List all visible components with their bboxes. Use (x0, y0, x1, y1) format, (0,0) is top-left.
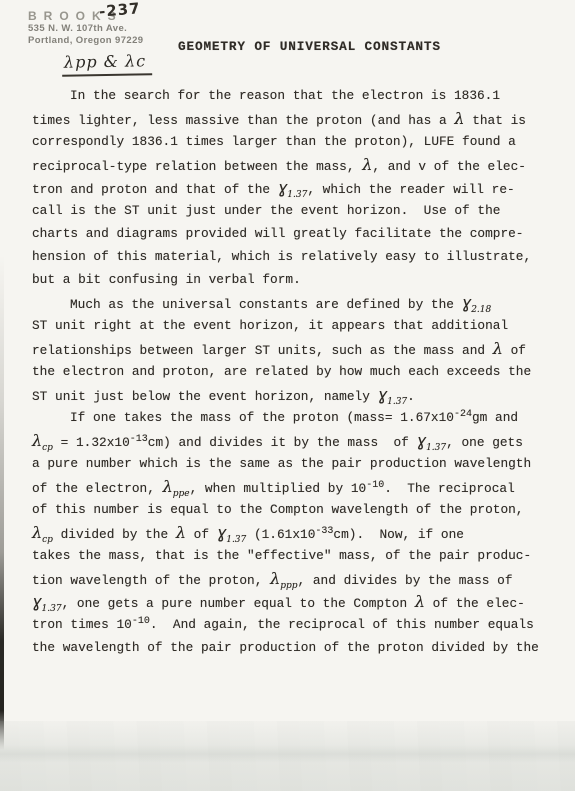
lambda-symbol: λppp (270, 569, 297, 588)
text-line: takes the mass, that is the "effective" … (32, 544, 557, 567)
gamma-symbol: ɣ1.37 (32, 592, 62, 611)
text-line: of this number is equal to the Compton w… (32, 498, 557, 521)
handwritten-page-number: -237 (98, 0, 141, 21)
gamma-subscript: 1.37 (42, 605, 62, 614)
lambda-symbol: λ (415, 592, 425, 611)
gamma-symbol: ɣ1.37 (417, 431, 447, 450)
text-line: λcp = 1.32x10-13cm) and divides it by th… (32, 429, 557, 452)
paragraph: In the search for the reason that the el… (32, 84, 557, 291)
text-line: reciprocal-type relation between the mas… (32, 153, 557, 176)
gamma-subscript: 1.37 (226, 536, 246, 545)
superscript: -13 (130, 435, 148, 445)
superscript: -10 (132, 617, 150, 627)
text-line: the wavelength of the pair production of… (32, 636, 557, 659)
lambda-subscript: cp (42, 536, 53, 545)
text-line: charts and diagrams provided will greatl… (32, 222, 557, 245)
lambda-symbol: λ (493, 339, 503, 358)
gamma-symbol: ɣ1.37 (378, 385, 408, 404)
gamma-subscript: 1.37 (387, 398, 407, 407)
gamma-symbol: ɣ1.37 (217, 523, 247, 542)
text-line: hension of this material, which is relat… (32, 245, 557, 268)
gamma-subscript: 2.18 (471, 306, 491, 315)
scan-edge-shadow-left (0, 255, 4, 750)
document-title: GEOMETRY OF UNIVERSAL CONSTANTS (178, 39, 441, 54)
gamma-symbol: ɣ1.37 (278, 178, 308, 197)
text-line: but a bit confusing in verbal form. (32, 268, 557, 291)
text-line: relationships between larger ST units, s… (32, 337, 557, 360)
superscript: -24 (454, 410, 472, 420)
superscript: -33 (315, 527, 333, 537)
gamma-subscript: 1.37 (287, 191, 307, 200)
lambda-symbol: λppe (163, 477, 190, 496)
gamma-symbol: ɣ2.18 (462, 293, 492, 312)
lambda-symbol: λcp (32, 523, 53, 542)
text-line: times lighter, less massive than the pro… (32, 107, 557, 130)
document-body: In the search for the reason that the el… (32, 84, 557, 659)
text-line: call is the ST unit just under the event… (32, 199, 557, 222)
text-line: the electron and proton, are related by … (32, 360, 557, 383)
lambda-symbol: λ (176, 523, 186, 542)
paragraph: If one takes the mass of the proton (mas… (32, 406, 557, 659)
text-line: If one takes the mass of the proton (mas… (32, 406, 557, 429)
text-line: tron and proton and that of the ɣ1.37, w… (32, 176, 557, 199)
lambda-subscript: cp (42, 444, 53, 453)
text-line: a pure number which is the same as the p… (32, 452, 557, 475)
text-line: ST unit just below the event horizon, na… (32, 383, 557, 406)
lambda-symbol: λcp (32, 431, 53, 450)
text-line: correspondly 1836.1 times larger than th… (32, 130, 557, 153)
text-line: tron times 10-10. And again, the recipro… (32, 613, 557, 636)
lambda-subscript: ppp (280, 582, 297, 591)
stamp-address-line2: Portland, Oregon 97229 (28, 35, 143, 47)
gamma-subscript: 1.37 (426, 444, 446, 453)
text-line: of the electron, λppe, when multiplied b… (32, 475, 557, 498)
lambda-symbol: λ (454, 109, 464, 128)
superscript: -10 (366, 481, 384, 491)
lambda-subscript: ppe (173, 490, 190, 499)
paragraph: Much as the universal constants are defi… (32, 291, 557, 406)
text-line: ST unit right at the event horizon, it a… (32, 314, 557, 337)
scanned-document-page: BROOKS 535 N. W. 107th Ave. Portland, Or… (0, 0, 575, 791)
lambda-symbol: λ (362, 155, 372, 174)
text-line: λcp divided by the λ of ɣ1.37 (1.61x10-3… (32, 521, 557, 544)
scan-shadow-bottom-band (0, 745, 575, 763)
text-line: ɣ1.37, one gets a pure number equal to t… (32, 590, 557, 613)
text-line: Much as the universal constants are defi… (32, 291, 557, 314)
text-line: tion wavelength of the proton, λppp, and… (32, 567, 557, 590)
stamp-address-line1: 535 N. W. 107th Ave. (28, 23, 143, 35)
handwritten-annotation: λpp & λc (62, 51, 153, 77)
text-line: In the search for the reason that the el… (32, 84, 557, 107)
